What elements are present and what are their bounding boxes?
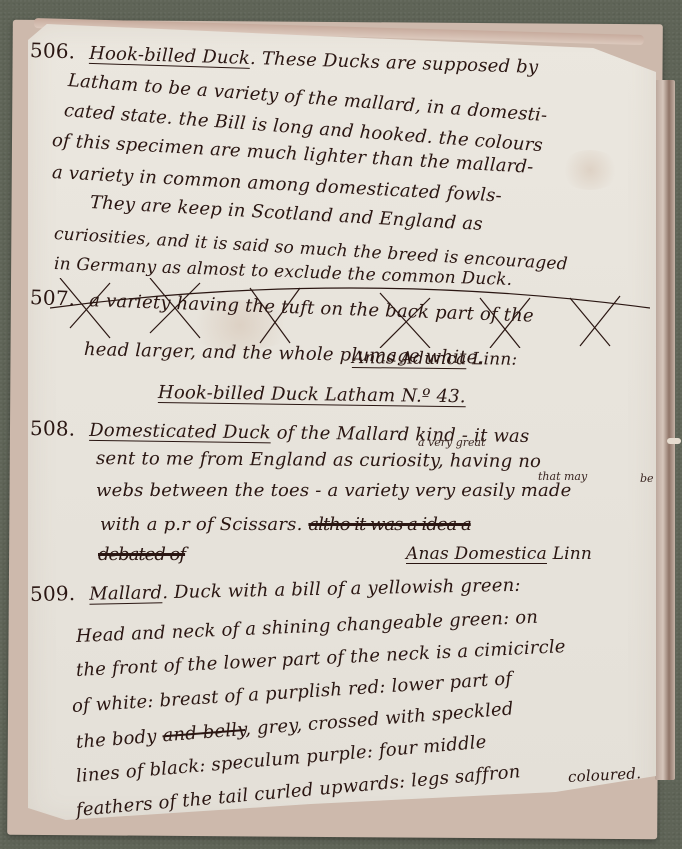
scribbled-out-text: debated of [98, 544, 185, 565]
page-stack-edge [655, 80, 675, 780]
entry-508-line-4: with a p.r of Scissars. altho it was a i… [100, 514, 471, 535]
scribbled-out-text: altho it was a idea a [308, 514, 470, 535]
entry-509-line-1: 509. Mallard. Duck with a bill of a yell… [30, 572, 521, 606]
insertion-that-may: that may [538, 470, 587, 483]
latin-binomial: Anas Adunca [352, 348, 467, 369]
entry-title: Mallard [89, 582, 162, 605]
entry-text: of the Mallard kind - it was [277, 422, 530, 447]
entry-title: Hook-billed Duck [89, 43, 251, 69]
binding-thread [667, 438, 681, 444]
latin-author: Linn: [472, 349, 518, 369]
entry-507-line-1: 507. a variety having the tuft on the ba… [30, 285, 658, 331]
latin-binomial: Anas Domestica [406, 544, 547, 564]
entry-508-line-2: sent to me from England as curiosity, ha… [96, 448, 541, 472]
entry-number: 506. [30, 38, 76, 63]
latin-name-508: Anas Domestica Linn [406, 544, 592, 564]
entry-number: 507. [30, 285, 76, 311]
entry-text: a variety having the tuft on the back pa… [89, 290, 534, 327]
insertion-a-very-great: a very great [418, 436, 486, 449]
entry-509-line-8: coloured. [568, 764, 642, 786]
manuscript-text: 506. Hook-billed Duck. These Ducks are s… [28, 30, 656, 820]
entry-text: These Ducks are supposed by [262, 48, 539, 78]
latin-author: Linn [553, 544, 592, 564]
entry-text: Duck with a bill of a yellowish green: [174, 575, 521, 603]
entry-number: 509. [30, 581, 76, 606]
insertion-be: be [640, 472, 654, 485]
reference-507: Hook-billed Duck Latham N.º 43. [158, 382, 466, 407]
entry-508-line-5: debated of [98, 544, 185, 565]
latham-reference: Hook-billed Duck Latham N.º 43. [158, 382, 466, 407]
entry-508-line-3: webs between the toes - a variety very e… [96, 480, 572, 501]
latin-name-507: Anas Adunca Linn: [352, 348, 518, 370]
struck-text: and belly [162, 719, 246, 746]
entry-title: Domesticated Duck [89, 420, 271, 444]
entry-number: 508. [30, 416, 76, 441]
